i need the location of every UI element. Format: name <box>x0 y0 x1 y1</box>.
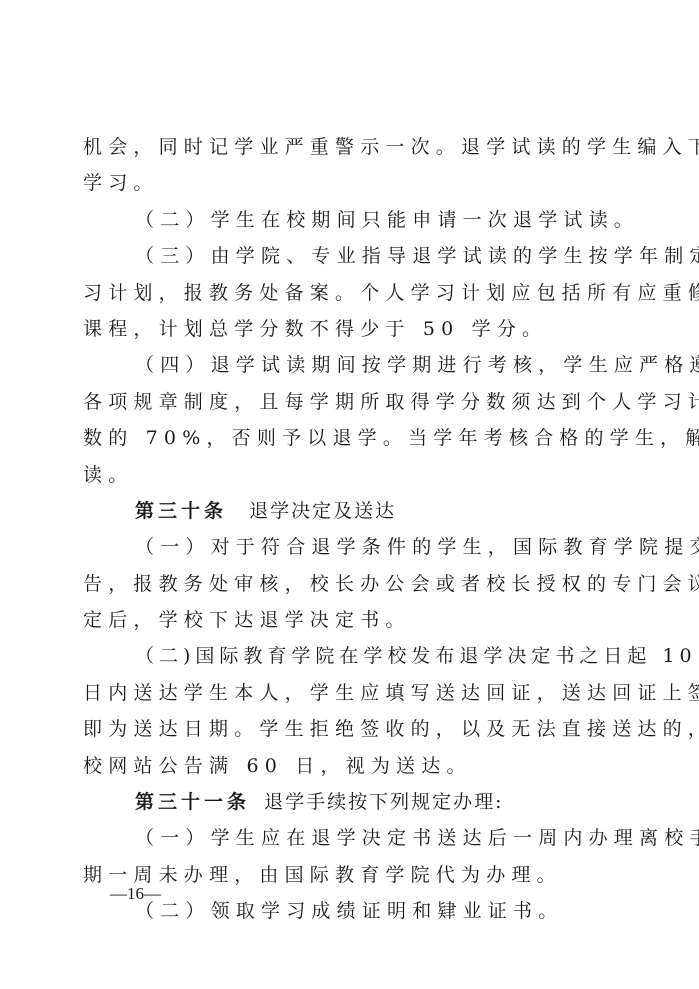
article-30-clause-1: （一）对于符合退学条件的学生，国际教育学院提交退学报 <box>83 529 613 565</box>
paragraph-line: 习计划，报教务处备案。个人学习计划应包括所有应重修的必修 <box>83 275 613 311</box>
article-30-heading: 第三十条 退学决定及送达 <box>83 493 613 529</box>
page-number: —16— <box>110 884 161 904</box>
paragraph-line: 即为送达日期。学生拒绝签收的，以及无法直接送达的，利用学 <box>83 711 613 747</box>
paragraph-line: 机会，同时记学业严重警示一次。退学试读的学生编入下一年级 <box>83 129 613 165</box>
article-31-title: 退学手续按下列规定办理: <box>264 791 503 813</box>
article-30-title: 退学决定及送达 <box>249 500 396 522</box>
paragraph-line: 期一周未办理，由国际教育学院代为办理。 <box>83 857 613 893</box>
clause-4-line: （四）退学试读期间按学期进行考核，学生应严格遵守学校 <box>83 347 613 383</box>
paragraph-line: 课程，计划总学分数不得少于 50 学分。 <box>83 311 613 347</box>
clause-3-line: （三）由学院、专业指导退学试读的学生按学年制定个人学 <box>83 238 613 274</box>
article-31-clause-2: （二）领取学习成绩证明和肄业证书。 <box>83 893 613 929</box>
paragraph-line: 校网站公告满 60 日，视为送达。 <box>83 748 613 784</box>
paragraph-line: 日内送达学生本人，学生应填写送达回证，送达回证上签收日期 <box>83 675 613 711</box>
article-31-clause-1: （一）学生应在退学决定书送达后一周内办理离校手续，逾 <box>83 820 613 856</box>
paragraph-line: 读。 <box>83 457 613 493</box>
paragraph-line: 数的 70%，否则予以退学。当学年考核合格的学生，解除退学试 <box>83 420 613 456</box>
document-body: 机会，同时记学业严重警示一次。退学试读的学生编入下一年级 学习。 （二）学生在校… <box>83 129 613 930</box>
clause-2-line: （二）学生在校期间只能申请一次退学试读。 <box>83 202 613 238</box>
article-30-number: 第三十条 <box>135 500 227 522</box>
article-31-heading: 第三十一条 退学手续按下列规定办理: <box>83 784 613 820</box>
article-31-number: 第三十一条 <box>135 791 250 813</box>
paragraph-line: 定后，学校下达退学决定书。 <box>83 602 613 638</box>
paragraph-line: 告，报教务处审核，校长办公会或者校长授权的专门会议研究决 <box>83 566 613 602</box>
paragraph-line: 各项规章制度，且每学期所取得学分数须达到个人学习计划学分 <box>83 384 613 420</box>
article-30-clause-2: （二)国际教育学院在学校发布退学决定书之日起 10 个工作 <box>83 638 613 674</box>
paragraph-line: 学习。 <box>83 165 613 201</box>
